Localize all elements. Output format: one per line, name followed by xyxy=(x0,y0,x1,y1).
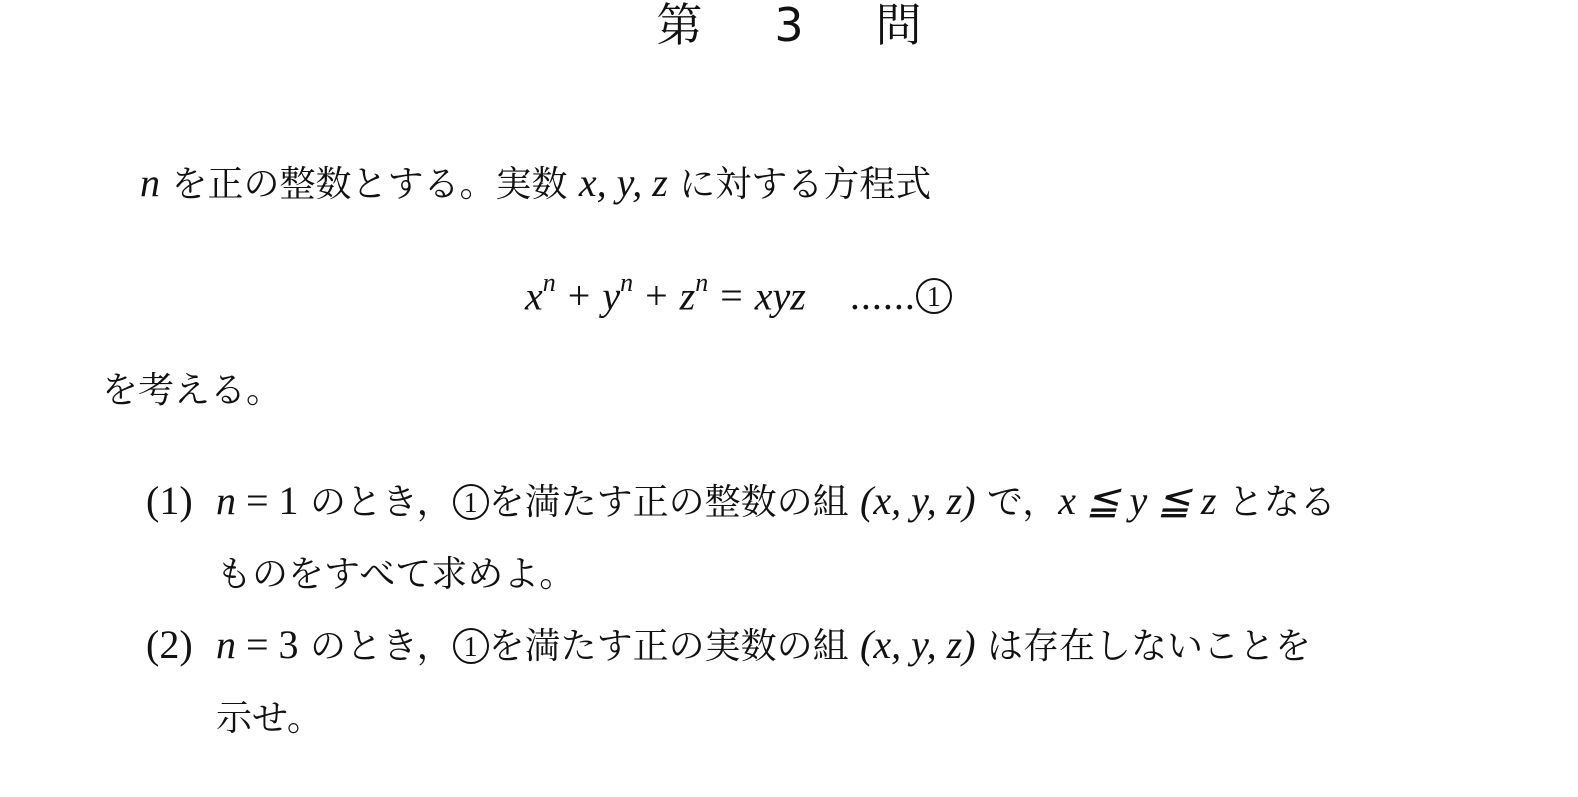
eq-exp-y: n xyxy=(620,268,633,297)
problem-1-line-2: ものをすべて求めよ。 xyxy=(216,550,575,600)
eq-y: y xyxy=(602,273,620,318)
p2-cond-eq: = 3 xyxy=(236,622,299,667)
eq-dots: ...... xyxy=(806,273,916,318)
p2-text-2: を満たす正の実数の組 xyxy=(489,626,860,667)
var-n: n xyxy=(140,160,160,205)
title-dai: 第 xyxy=(656,0,702,56)
circled-one-label: 1 xyxy=(916,278,952,314)
problem-title: 第3問 xyxy=(0,0,1578,56)
intro-text-1: を正の整数とする。実数 xyxy=(160,164,579,205)
problem-2-number: (2) xyxy=(146,620,193,670)
p1-text-1: のとき， xyxy=(299,482,453,523)
p1-text-3: で， xyxy=(976,482,1059,523)
eq-plus-1: + xyxy=(556,273,603,318)
title-number: 3 xyxy=(774,0,803,56)
p2-var-n: n xyxy=(216,622,236,667)
eq-equals: = xyxy=(708,273,755,318)
equation: xn+yn+zn=xyz......1 xyxy=(525,262,952,321)
eq-z: z xyxy=(680,273,696,318)
problem-1-number: (1) xyxy=(146,476,193,526)
p2-text-1: のとき， xyxy=(299,626,453,667)
intro-vars: x, y, z xyxy=(579,160,668,205)
p1-circled-one-ref: 1 xyxy=(453,484,489,520)
p1-text-4: となる xyxy=(1216,482,1335,523)
eq-x: x xyxy=(525,273,543,318)
eq-exp-x: n xyxy=(543,268,556,297)
p1-text-2: を満たす正の整数の組 xyxy=(489,482,860,523)
intro-text-2: に対する方程式 xyxy=(668,164,931,205)
eq-exp-z: n xyxy=(695,268,708,297)
eq-plus-2: + xyxy=(633,273,680,318)
intro-line: n を正の整数とする。実数 x, y, z に対する方程式 xyxy=(140,158,931,210)
p1-cond-eq: = 1 xyxy=(236,478,299,523)
eq-rhs: xyz xyxy=(755,273,806,318)
p1-inequality: x ≦ y ≦ z xyxy=(1058,478,1216,523)
p2-tuple: (x, y, z) xyxy=(860,622,976,667)
p2-circled-one-ref: 1 xyxy=(453,628,489,664)
problem-1-line-1: n = 1 のとき，1を満たす正の整数の組 (x, y, z) で，x ≦ y … xyxy=(216,476,1336,528)
p1-tuple: (x, y, z) xyxy=(860,478,976,523)
problem-2-line-1: n = 3 のとき，1を満たす正の実数の組 (x, y, z) は存在しないこと… xyxy=(216,620,1311,672)
p2-text-3: は存在しないことを xyxy=(976,626,1311,667)
problem-2-line-2: 示せ。 xyxy=(216,694,323,744)
title-mon: 問 xyxy=(876,0,922,56)
p1-var-n: n xyxy=(216,478,236,523)
consider-line: を考える。 xyxy=(102,366,282,416)
